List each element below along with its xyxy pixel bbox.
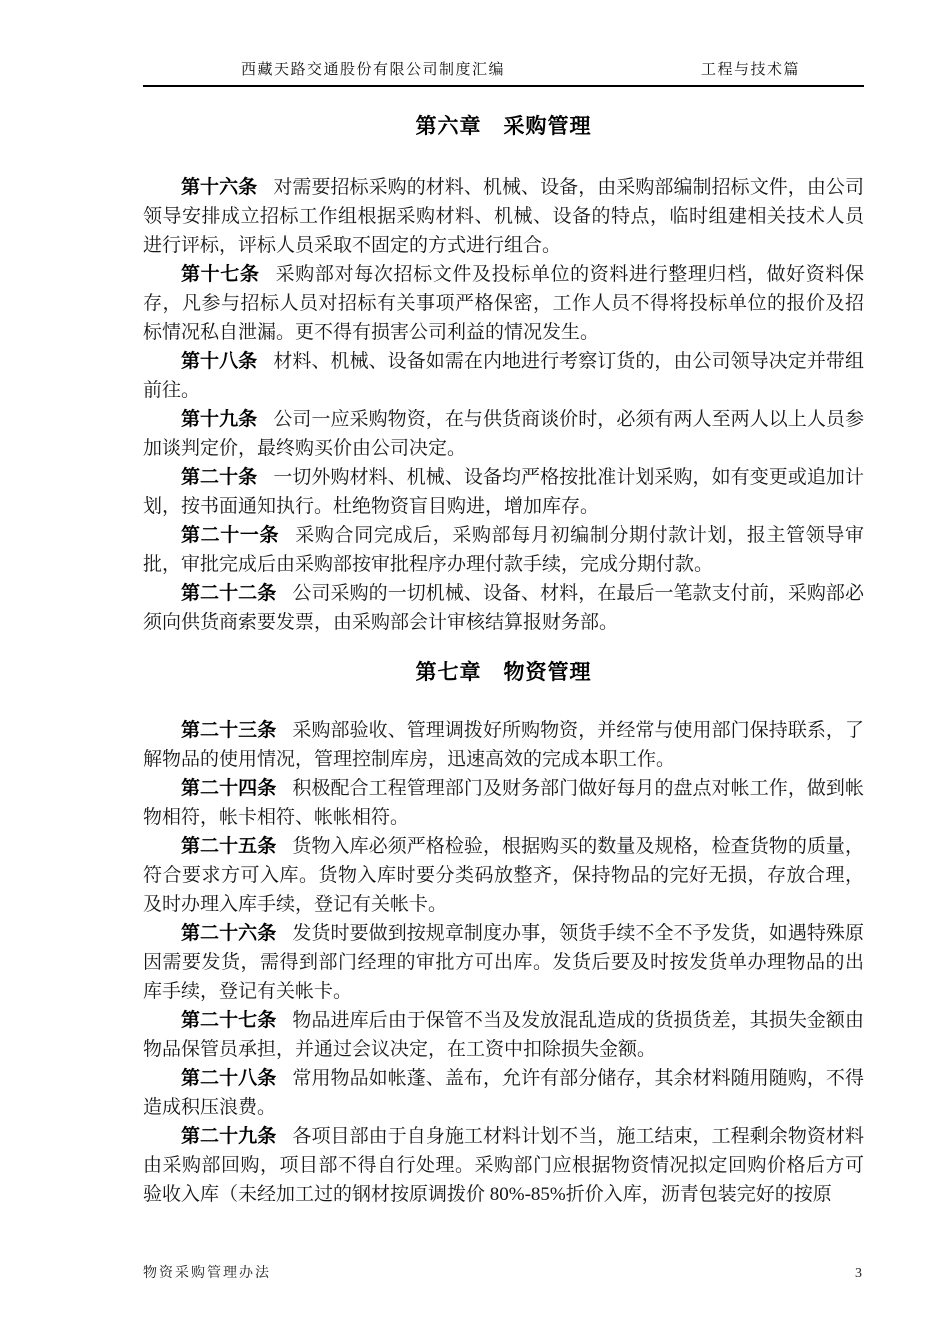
article-19: 第十九条公司一应采购物资，在与供货商谈价时，必须有两人至两人以上人员参加谈判定价… <box>143 405 864 463</box>
page-footer: 物资采购管理办法 3 <box>143 1262 862 1282</box>
article-22-number: 第二十二条 <box>181 583 276 604</box>
article-23-number: 第二十三条 <box>181 720 276 741</box>
article-16-number: 第十六条 <box>181 177 257 198</box>
article-25-number: 第二十五条 <box>181 836 276 857</box>
article-20-number: 第二十条 <box>181 467 257 488</box>
header-company-title: 西藏天路交通股份有限公司制度汇编 <box>241 58 505 79</box>
article-17-number: 第十七条 <box>181 264 260 285</box>
footer-document-title: 物资采购管理办法 <box>143 1262 271 1282</box>
article-23: 第二十三条采购部验收、管理调拨好所购物资，并经常与使用部门保持联系，了解物品的使… <box>143 716 864 774</box>
article-21: 第二十一条采购合同完成后，采购部每月初编制分期付款计划，报主管领导审批，审批完成… <box>143 521 864 579</box>
article-27: 第二十七条物品进库后由于保管不当及发放混乱造成的货损货差，其损失金额由物品保管员… <box>143 1006 864 1064</box>
header-section-title: 工程与技术篇 <box>701 58 800 79</box>
article-17: 第十七条采购部对每次招标文件及投标单位的资料进行整理归档，做好资料保存，凡参与招… <box>143 260 864 347</box>
article-20: 第二十条一切外购材料、机械、设备均严格按批准计划采购，如有变更或追加计划，按书面… <box>143 463 864 521</box>
chapter-7-heading: 第七章 物资管理 <box>143 656 864 686</box>
article-22: 第二十二条公司采购的一切机械、设备、材料，在最后一笔款支付前，采购部必须向供货商… <box>143 579 864 637</box>
article-26-number: 第二十六条 <box>181 923 276 944</box>
article-24-number: 第二十四条 <box>181 778 276 799</box>
chapter-6-heading: 第六章 采购管理 <box>143 110 864 140</box>
article-18: 第十八条材料、机械、设备如需在内地进行考察订货的，由公司领导决定并带组前往。 <box>143 347 864 405</box>
article-29-number: 第二十九条 <box>181 1126 276 1147</box>
article-21-number: 第二十一条 <box>181 525 279 546</box>
document-body: 第六章 采购管理 第十六条对需要招标采购的材料、机械、设备，由采购部编制招标文件… <box>143 88 864 1209</box>
article-25: 第二十五条货物入库必须严格检验，根据购买的数量及规格，检查货物的质量，符合要求方… <box>143 832 864 919</box>
article-26: 第二十六条发货时要做到按规章制度办事，领货手续不全不予发货，如遇特殊原因需要发货… <box>143 919 864 1006</box>
article-29: 第二十九条各项目部由于自身施工材料计划不当，施工结束，工程剩余物资材料由采购部回… <box>143 1122 864 1209</box>
article-24: 第二十四条积极配合工程管理部门及财务部门做好每月的盘点对帐工作，做到帐物相符，帐… <box>143 774 864 832</box>
article-27-number: 第二十七条 <box>181 1010 276 1031</box>
article-19-number: 第十九条 <box>181 409 257 430</box>
document-page: 西藏天路交通股份有限公司制度汇编 工程与技术篇 第六章 采购管理 第十六条对需要… <box>0 0 950 1344</box>
article-28: 第二十八条常用物品如帐蓬、盖布，允许有部分储存，其余材料随用随购，不得造成积压浪… <box>143 1064 864 1122</box>
article-18-number: 第十八条 <box>181 351 257 372</box>
page-header: 西藏天路交通股份有限公司制度汇编 工程与技术篇 <box>143 58 864 87</box>
article-28-number: 第二十八条 <box>181 1068 276 1089</box>
page-number: 3 <box>855 1266 862 1282</box>
article-16: 第十六条对需要招标采购的材料、机械、设备，由采购部编制招标文件，由公司领导安排成… <box>143 173 864 260</box>
